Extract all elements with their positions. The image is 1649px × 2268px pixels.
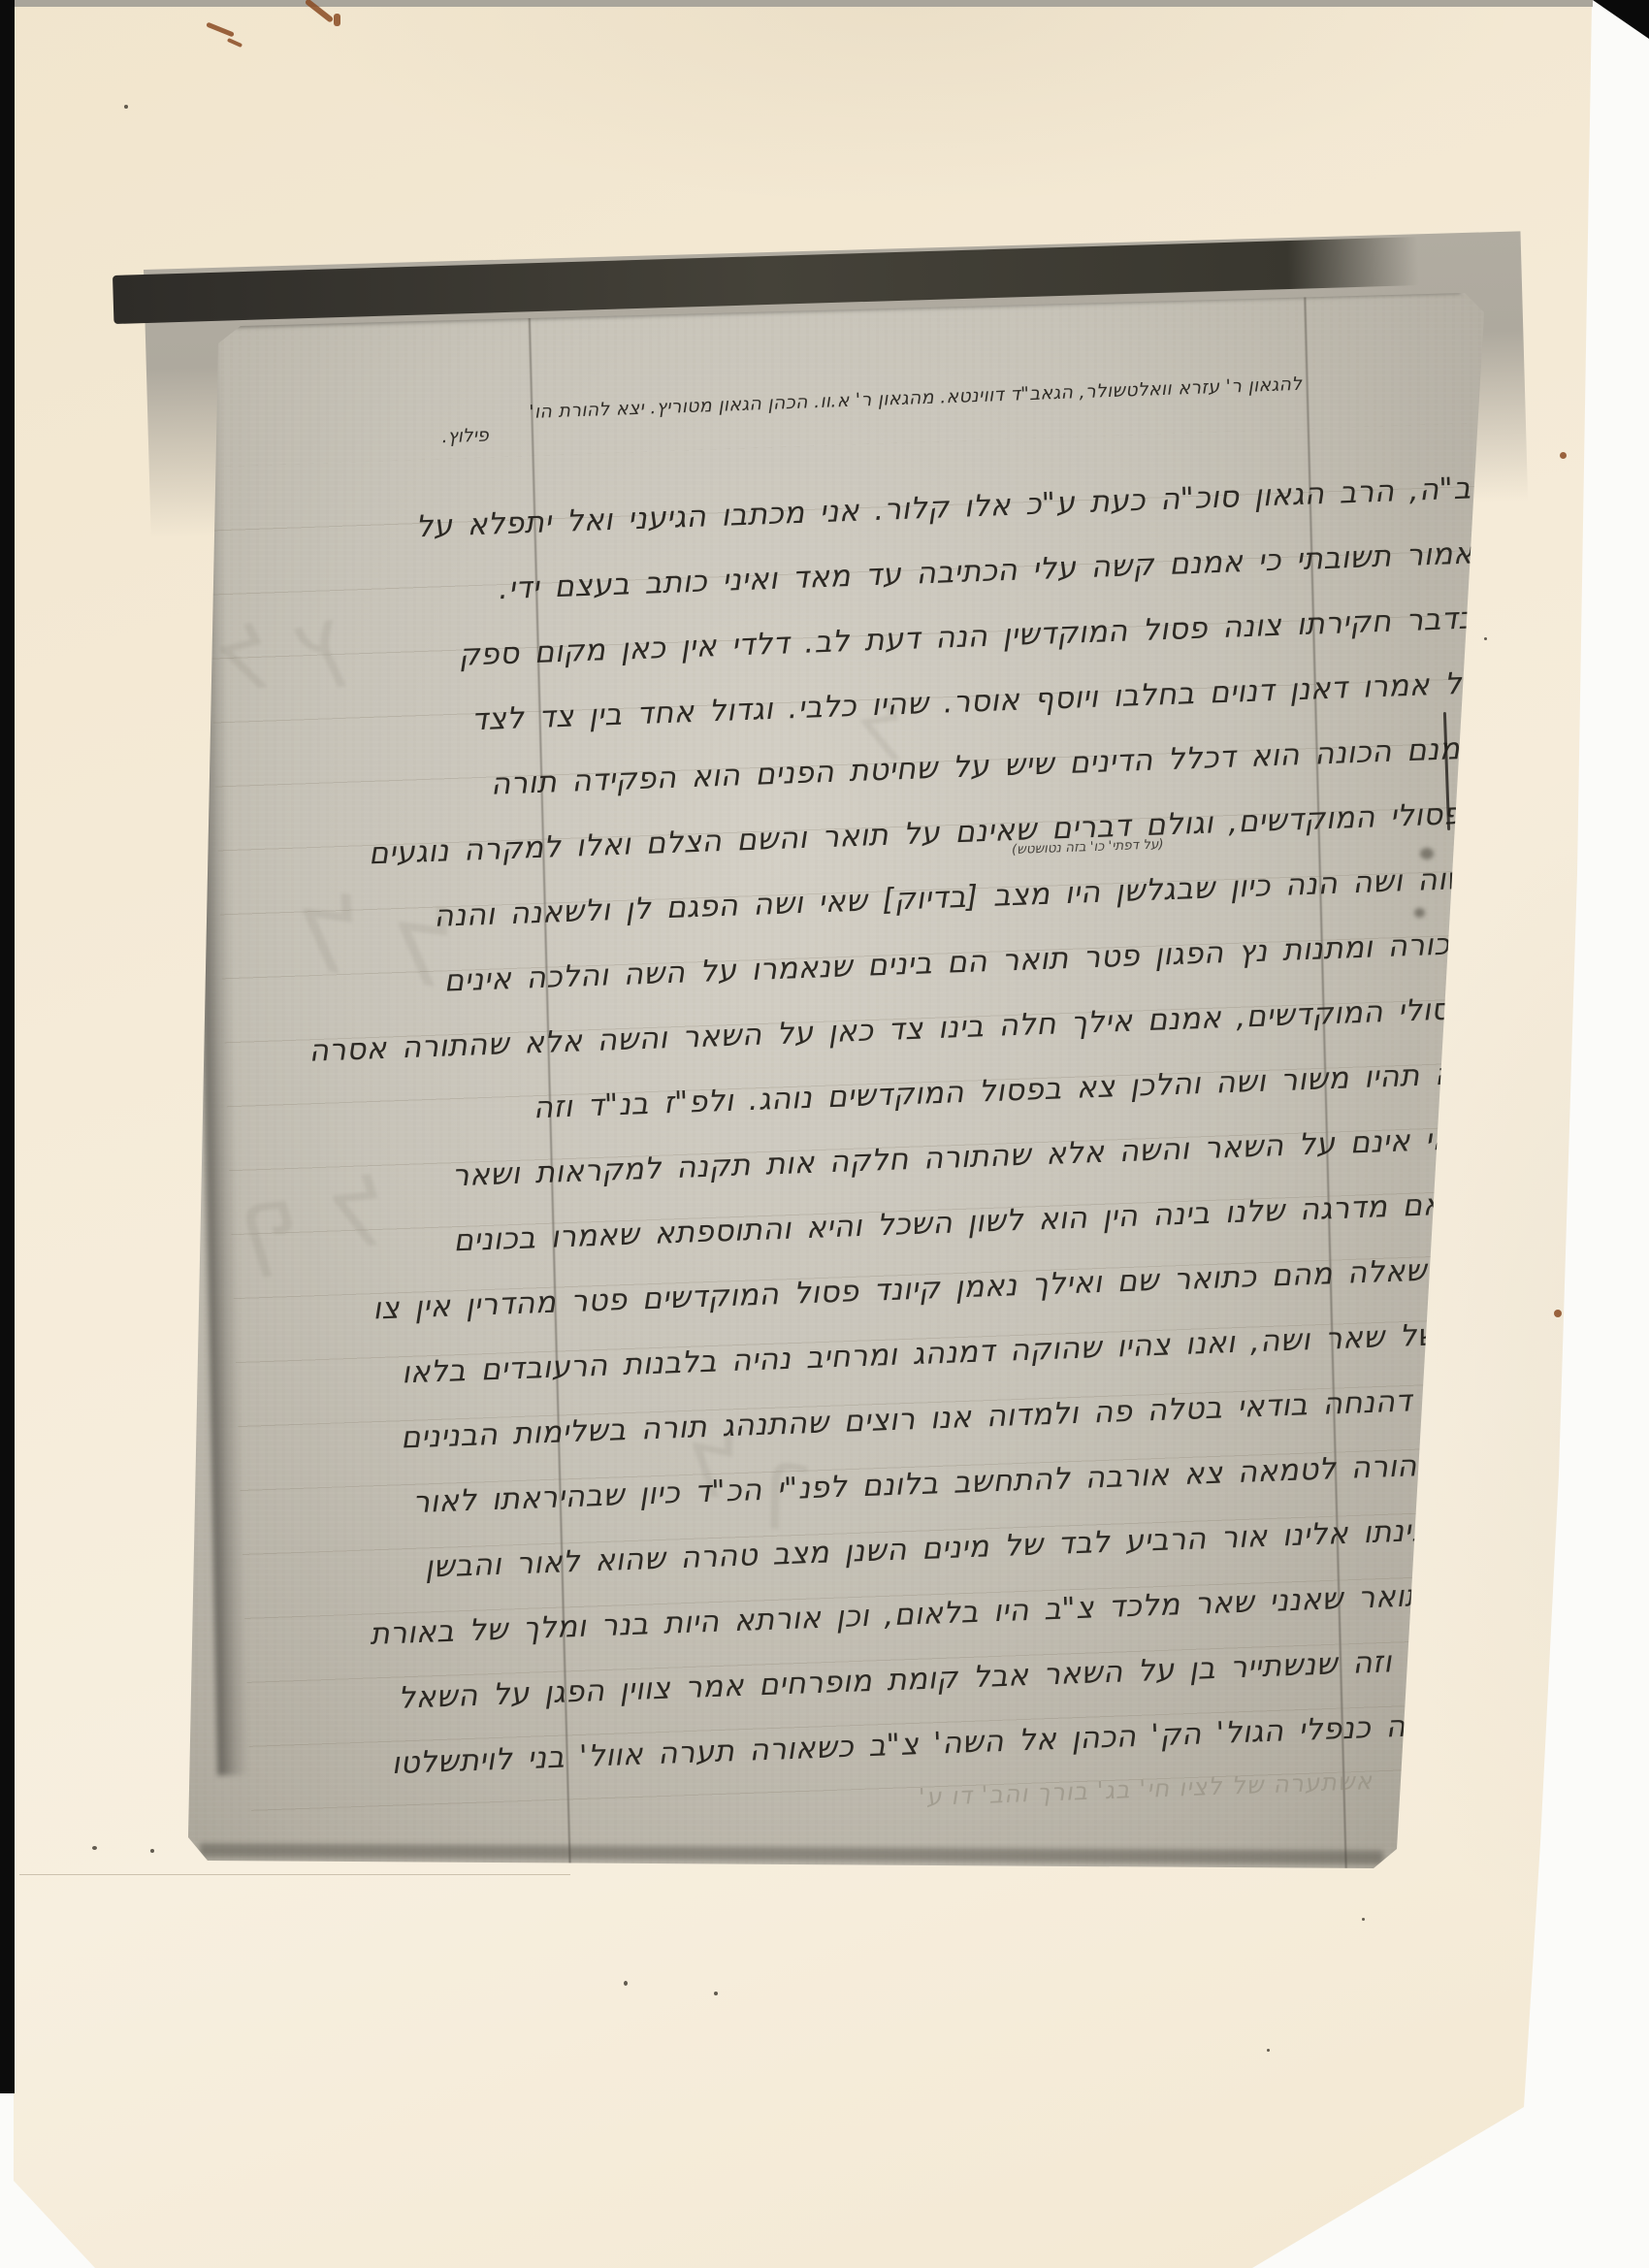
- scanner-corner-top-right: [1593, 0, 1649, 39]
- paper-speck: [92, 1846, 97, 1850]
- scanner-edge-left: [0, 0, 15, 2093]
- paper-speck: [714, 1992, 718, 1995]
- paper-speck: [1362, 1918, 1365, 1921]
- paper-speck: [124, 105, 128, 109]
- paper-speck: [624, 1981, 628, 1986]
- paper-top-edge-shadow: [14, 0, 1593, 7]
- manuscript-body: ב"ה, הרב הגאון סוכ"ה כעת ע"כ אלו קלור. א…: [220, 456, 1517, 1800]
- paper-speck: [1484, 637, 1487, 640]
- paper-speck: [150, 1849, 154, 1853]
- paper-crease: [19, 1874, 570, 1875]
- rust-stain: [1560, 452, 1567, 459]
- rust-stain: [1554, 1310, 1562, 1317]
- photocopy-page: ל ץ ל ל ף ל ל ך ל להגאון ר' עזרא וואלטשו…: [186, 287, 1491, 1880]
- handwriting-layer: להגאון ר' עזרא וואלטשולר, הגאב"ד דווינטא…: [214, 286, 1522, 1924]
- rust-stain: [334, 14, 340, 26]
- catalog-header-line: להגאון ר' עזרא וואלטשולר, הגאב"ד דווינטא…: [217, 373, 1303, 435]
- paper-speck: [1267, 2049, 1270, 2052]
